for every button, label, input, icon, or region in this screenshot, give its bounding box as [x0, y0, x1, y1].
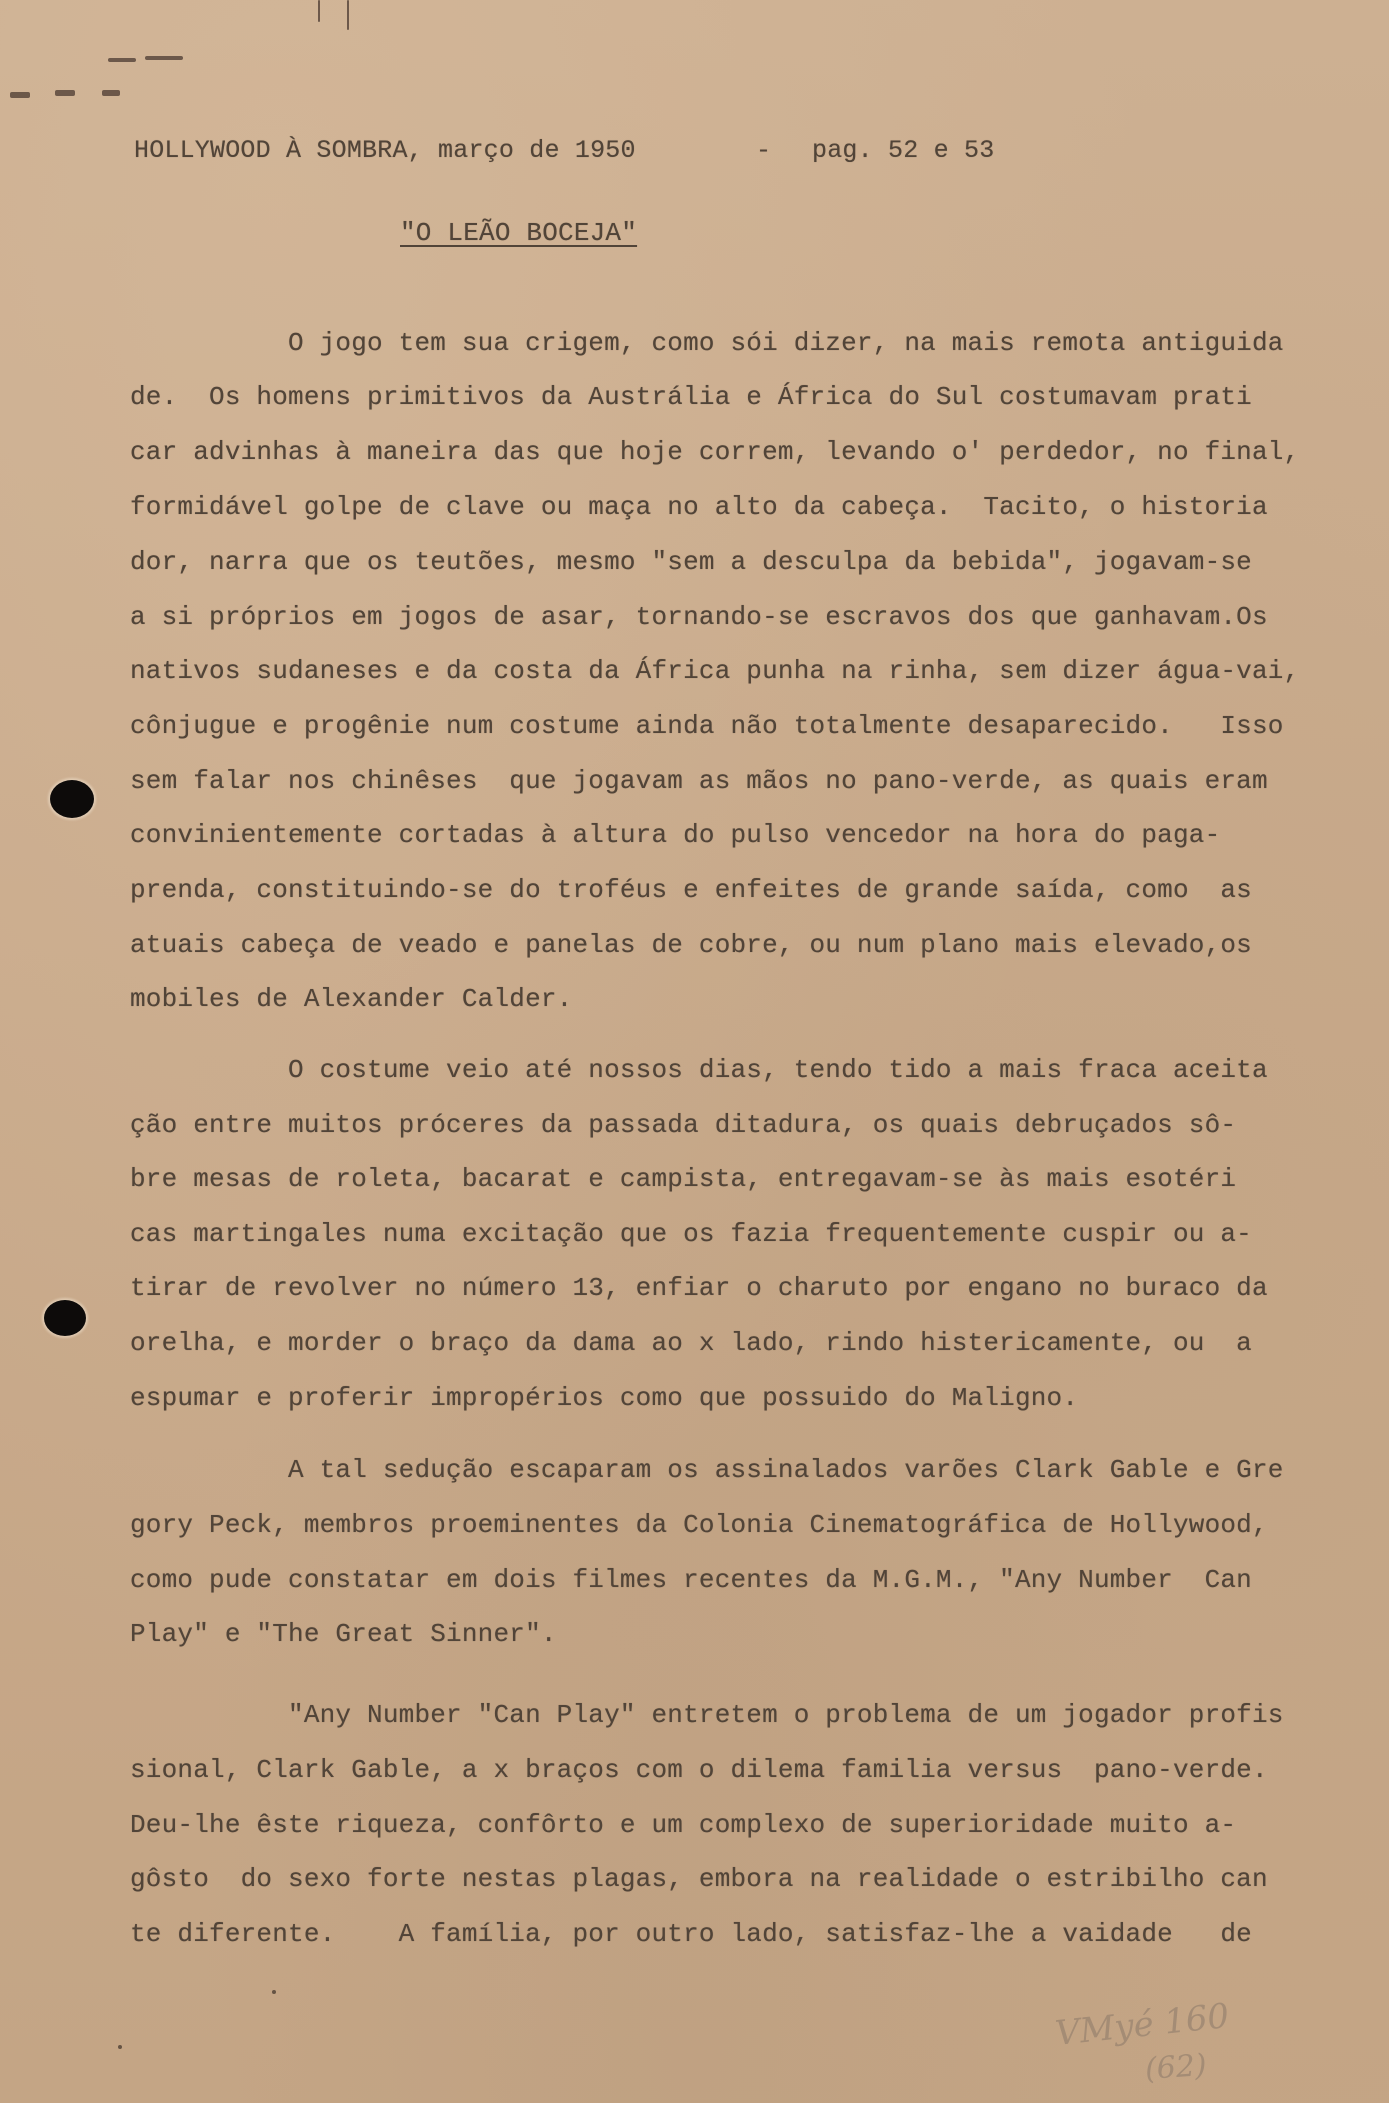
body-line: gôsto do sexo forte nestas plagas, embor… [130, 1864, 1268, 1894]
ink-mark [10, 92, 30, 98]
body-line: de. Os homens primitivos da Austrália e … [130, 382, 1252, 412]
body-line: prenda, constituindo-se do troféus e enf… [130, 875, 1252, 905]
body-line: convinientemente cortadas à altura do pu… [130, 820, 1220, 850]
handwritten-page-number: (62) [1144, 2048, 1208, 2087]
ink-mark [145, 56, 183, 60]
page-reference: pag. 52 e 53 [812, 136, 994, 166]
body-line: te diferente. A família, por outro lado,… [130, 1919, 1252, 1949]
article-title: "O LEÃO BOCEJA" [400, 218, 637, 248]
body-line: Deu-lhe êste riqueza, confôrto e um comp… [130, 1810, 1236, 1840]
ink-mark [347, 0, 349, 30]
body-line: tirar de revolver no número 13, enfiar o… [130, 1273, 1268, 1303]
body-line: dor, narra que os teutões, mesmo "sem a … [130, 547, 1252, 577]
body-line: A tal sedução escaparam os assinalados v… [130, 1455, 1284, 1485]
ink-mark [318, 0, 320, 22]
ink-mark [108, 58, 136, 62]
body-line: O jogo tem sua crigem, como sói dizer, n… [130, 328, 1284, 358]
body-line: bre mesas de roleta, bacarat e campista,… [130, 1164, 1236, 1194]
body-line: Play" e "The Great Sinner". [130, 1619, 557, 1649]
body-line: car advinhas à maneira das que hoje corr… [130, 437, 1299, 467]
handwritten-archive-reference: VMyé 160 [1053, 1996, 1231, 2054]
header-dash: - [756, 136, 771, 166]
body-line: ção entre muitos próceres da passada dit… [130, 1110, 1236, 1140]
body-line: espumar e proferir impropérios como que … [130, 1383, 1078, 1413]
ink-mark [102, 90, 120, 96]
ink-speck [272, 1990, 276, 1994]
body-line: sem falar nos chinêses que jogavam as mã… [130, 766, 1268, 796]
body-line: cas martingales numa excitação que os fa… [130, 1219, 1252, 1249]
body-line: nativos sudaneses e da costa da África p… [130, 656, 1299, 686]
body-line: sional, Clark Gable, a x braços com o di… [130, 1755, 1268, 1785]
body-line: "Any Number "Can Play" entretem o proble… [130, 1700, 1284, 1730]
document-source: HOLLYWOOD À SOMBRA, março de 1950 [134, 136, 636, 166]
body-line: formidável golpe de clave ou maça no alt… [130, 492, 1268, 522]
body-line: como pude constatar em dois filmes recen… [130, 1565, 1252, 1595]
body-line: O costume veio até nossos dias, tendo ti… [130, 1055, 1268, 1085]
body-line: cônjugue e progênie num costume ainda nã… [130, 711, 1284, 741]
document-page: HOLLYWOOD À SOMBRA, março de 1950 - pag.… [0, 0, 1389, 2103]
body-line: mobiles de Alexander Calder. [130, 984, 572, 1014]
ink-speck [118, 2045, 122, 2049]
body-line: gory Peck, membros proeminentes da Colon… [130, 1510, 1268, 1540]
body-line: a si próprios em jogos de asar, tornando… [130, 602, 1268, 632]
ink-mark [55, 90, 75, 96]
body-line: orelha, e morder o braço da dama ao x la… [130, 1328, 1252, 1358]
body-line: atuais cabeça de veado e panelas de cobr… [130, 930, 1252, 960]
punch-hole [50, 780, 94, 818]
punch-hole [44, 1300, 86, 1336]
